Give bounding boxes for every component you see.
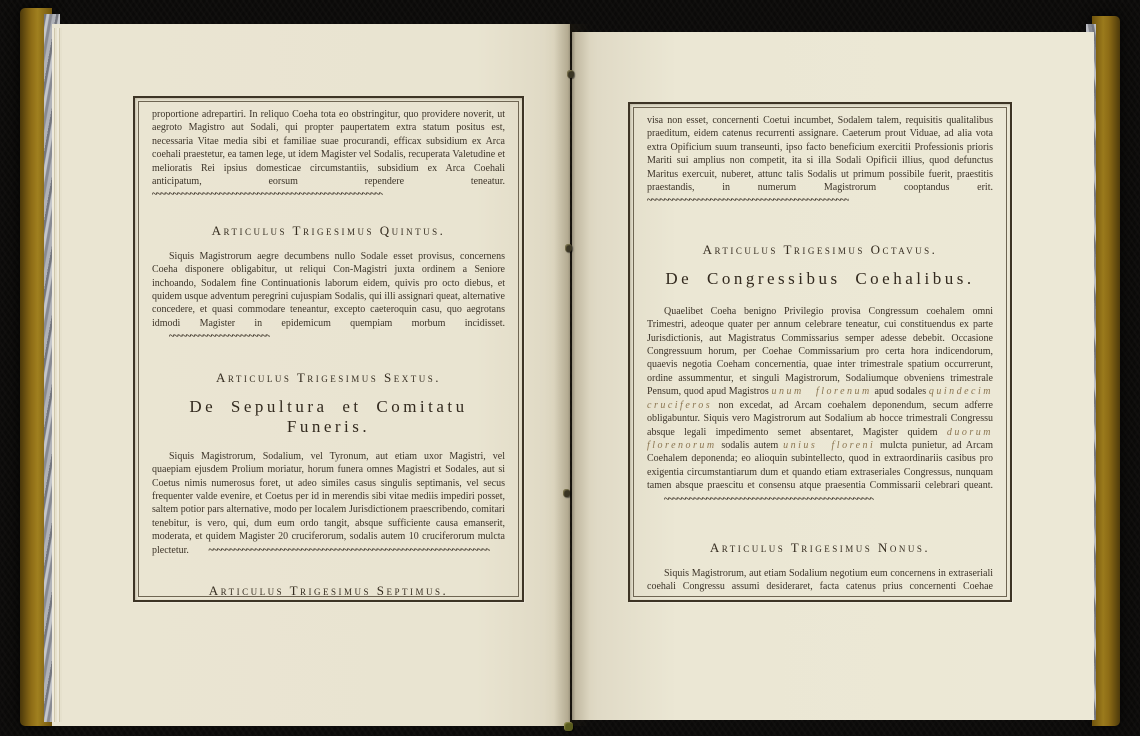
end-of-paragraph-squiggle: ~~~~~~~~~~~~~~~~~~~~~~~~~~~~~~~~~~~~~~~~… xyxy=(152,188,383,201)
article-36-body: Siquis Magistrorum, Sodalium, vel Tyronu… xyxy=(152,450,505,557)
end-of-paragraph-squiggle: ~~~~~~~~~~~~~~~~~~~~~~~~~~~~~~~~~~~~~~~~… xyxy=(191,544,489,557)
article-35-heading: Articulus Trigesimus Quintus. xyxy=(152,223,505,239)
binding-stitch xyxy=(567,70,574,78)
printed-text: Quaelibet Coeha benigno Privilegio provi… xyxy=(647,306,993,397)
text-frame-right: visa non esset, concernenti Coetui incum… xyxy=(628,102,1012,602)
article-39-heading: Articulus Trigesimus Nonus. xyxy=(647,540,993,556)
article-38-subheading: De Congressibus Coehalibus. xyxy=(647,269,993,289)
binding-stitch xyxy=(565,244,572,252)
paragraph-text: proportione adrepartiri. In reliquo Coeh… xyxy=(152,109,505,187)
text-frame-left-inner: proportione adrepartiri. In reliquo Coeh… xyxy=(138,101,519,597)
binding-stitch xyxy=(563,489,570,497)
book-cover-right xyxy=(1092,16,1120,726)
book-gutter xyxy=(554,24,590,726)
page-stack-edges xyxy=(52,28,62,722)
handwritten-amount: unius floreni xyxy=(783,440,875,451)
text-frame-right-inner: visa non esset, concernenti Coetui incum… xyxy=(633,107,1007,597)
end-of-paragraph-squiggle: ~~~~~~~~~~~~~~~~~~~~~~~~ xyxy=(152,330,270,343)
continuation-paragraph: proportione adrepartiri. In reliquo Coeh… xyxy=(152,108,505,202)
paragraph-text: Siquis Magistrorum, aut etiam Sodalium n… xyxy=(647,568,993,597)
text-frame-left: proportione adrepartiri. In reliquo Coeh… xyxy=(133,96,524,602)
paragraph-text: Siquis Magistrorum aegre decumbens nullo… xyxy=(152,251,505,329)
continuation-paragraph: visa non esset, concernenti Coetui incum… xyxy=(647,114,993,208)
article-36-heading: Articulus Trigesimus Sextus. xyxy=(152,370,505,386)
paragraph-text: visa non esset, concernenti Coetui incum… xyxy=(647,115,993,193)
article-38-heading: Articulus Trigesimus Octavus. xyxy=(647,242,993,258)
article-37-heading: Articulus Trigesimus Septimus. xyxy=(152,583,505,597)
end-of-paragraph-squiggle: ~~~~~~~~~~~~~~~~~~~~~~~~~~~~~~~~~~~~~~~~… xyxy=(647,194,849,207)
printed-text: apud sodales xyxy=(872,386,929,397)
printed-text: sodalis autem xyxy=(717,440,783,451)
binding-stitch xyxy=(564,722,573,731)
article-36-subheading: De Sepultura et Comitatu Funeris. xyxy=(152,397,505,437)
end-of-paragraph-squiggle: ~~~~~~~~~~~~~~~~~~~~~~~~~~~~~~~~~~~~~~~~… xyxy=(647,493,874,506)
article-39-body: Siquis Magistrorum, aut etiam Sodalium n… xyxy=(647,567,993,597)
handwritten-amount: unum florenum xyxy=(772,386,872,397)
article-38-body: Quaelibet Coeha benigno Privilegio provi… xyxy=(647,305,993,506)
paragraph-text: Siquis Magistrorum, Sodalium, vel Tyronu… xyxy=(152,451,505,556)
article-35-body: Siquis Magistrorum aegre decumbens nullo… xyxy=(152,250,505,344)
